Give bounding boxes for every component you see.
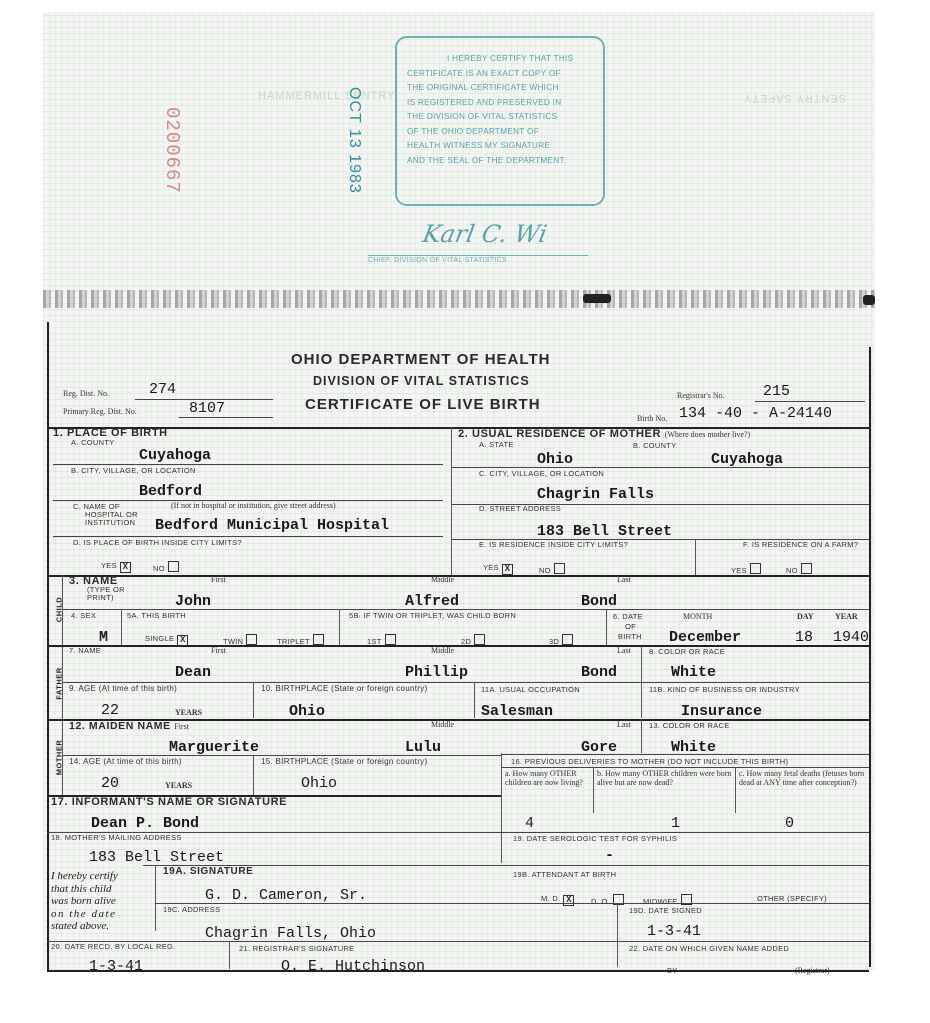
checkbox[interactable] — [750, 563, 761, 574]
first-label: First — [211, 646, 226, 655]
given-name-added-label: 22. DATE ON WHICH GIVEN NAME ADDED — [629, 944, 789, 953]
race-label: 8. COLOR OR RACE — [649, 647, 725, 656]
middle-label: Middle — [431, 720, 454, 729]
mother-age: 20 — [101, 775, 119, 792]
divider — [229, 941, 230, 969]
father-birthplace: Ohio — [289, 703, 325, 720]
divider — [253, 682, 254, 718]
hospital-note: (If not in hospital or institution, give… — [171, 501, 336, 510]
child-last-name: Bond — [581, 593, 617, 610]
divider — [47, 575, 869, 577]
occupation-label: 11a. USUAL OCCUPATION — [481, 685, 580, 694]
divider — [606, 609, 607, 645]
checkbox[interactable] — [801, 563, 812, 574]
residence-city-limits-label: e. IS RESIDENCE INSIDE CITY LIMITS? — [479, 540, 628, 549]
divider — [501, 767, 869, 768]
city-label: b. CITY, VILLAGE, OR LOCATION — [71, 466, 196, 475]
residence-state: Ohio — [537, 451, 573, 468]
hospital-label: INSTITUTION — [85, 518, 135, 527]
birth-inside-limits-yes[interactable]: YESX — [101, 561, 131, 573]
chief-signature: Karl C. Wi — [421, 220, 550, 248]
md-label: M. D. — [541, 894, 560, 903]
divider — [641, 719, 642, 753]
mother-middle-name: Lulu — [405, 739, 441, 756]
father-last-name: Bond — [581, 664, 617, 681]
divider — [63, 682, 869, 683]
mother-side-label: MOTHER — [55, 736, 64, 780]
stamp-line: THE ORIGINAL CERTIFICATE WHICH — [407, 81, 595, 96]
checkbox[interactable] — [474, 634, 485, 645]
month-label: MONTH — [683, 612, 712, 621]
divider — [695, 539, 696, 575]
deliveries-a-label: a. How many OTHER children are now livin… — [505, 769, 593, 787]
divider — [735, 767, 736, 813]
residence-county: Cuyahoga — [711, 451, 783, 468]
other-children-living: 4 — [525, 815, 534, 832]
mother-mailing-address: 183 Bell Street — [89, 849, 224, 866]
divider — [63, 755, 501, 756]
informant-label: 17. INFORMANT'S NAME OR SIGNATURE — [51, 796, 287, 808]
father-age-label: 9. AGE (At time of this birth) — [69, 684, 177, 693]
birth-county: Cuyahoga — [139, 447, 211, 464]
right-border — [869, 347, 871, 967]
registrar-no-label: Registrar's No. — [677, 391, 725, 400]
divider — [47, 645, 869, 647]
divider — [155, 865, 156, 931]
industry-label: 11b. KIND OF BUSINESS OR INDUSTRY — [649, 685, 800, 694]
stamp-line: AND THE SEAL OF THE DEPARTMENT. — [407, 154, 595, 169]
other-label: OTHER (Specify) — [757, 894, 827, 903]
checkbox-checked[interactable]: X — [502, 564, 513, 575]
twin-order-label: 5b. IF TWIN OR TRIPLET, WAS CHILD BORN — [349, 611, 516, 620]
birth-inside-limits-no[interactable]: NO — [153, 561, 179, 573]
primary-reg-value: 8107 — [189, 400, 225, 417]
father-name-label: 7. NAME — [69, 646, 101, 655]
divider — [339, 609, 340, 645]
mother-birthplace: Ohio — [301, 775, 337, 792]
checkbox-checked[interactable]: X — [120, 562, 131, 573]
yes-label: YES — [101, 561, 117, 570]
divider — [474, 682, 475, 718]
deliveries-title: 16. PREVIOUS DELIVERIES TO MOTHER (Do NO… — [511, 757, 788, 766]
checkbox[interactable] — [562, 634, 573, 645]
stamp-line: IS REGISTERED AND PRESERVED IN — [407, 96, 595, 111]
birth-no-label: Birth No. — [637, 414, 667, 423]
yes-label: YES — [731, 566, 747, 575]
divider — [617, 903, 618, 967]
sex-label: 4. SEX — [71, 611, 96, 620]
last-label: Last — [617, 646, 631, 655]
divider — [451, 427, 452, 575]
registrar-signature: O. E. Hutchinson — [281, 958, 425, 975]
county-label: b. COUNTY — [633, 441, 677, 450]
no-label: NO — [786, 566, 798, 575]
header-division: DIVISION OF VITAL STATISTICS — [313, 374, 530, 388]
state-label: a. STATE — [479, 440, 514, 449]
divider — [63, 609, 869, 610]
years-label: YEARS — [175, 708, 202, 717]
dob-label: BIRTH — [618, 632, 642, 641]
attendant-label: 19b. ATTENDANT AT BIRTH — [513, 870, 616, 879]
header-department: OHIO DEPARTMENT OF HEALTH — [291, 351, 550, 368]
birth-month: December — [669, 629, 741, 646]
mailing-address-label: 18. MOTHER'S MAILING ADDRESS — [51, 833, 182, 842]
birth-year: 1940 — [833, 629, 869, 646]
checkbox[interactable] — [385, 634, 396, 645]
checkbox[interactable] — [554, 563, 565, 574]
watermark-sentry-safety: SENTRY SAFETY — [743, 92, 846, 104]
stamp-line: THE DIVISION OF VITAL STATISTICS — [407, 110, 595, 125]
syphilis-test-label: 19. DATE SEROLOGIC TEST FOR SYPHILIS — [513, 834, 677, 843]
checkbox[interactable] — [246, 634, 257, 645]
other-option[interactable]: OTHER (Specify) — [757, 894, 827, 903]
stamp-line: OF THE OHIO DEPARTMENT OF — [407, 125, 595, 140]
signature-label: 19a. SIGNATURE — [163, 866, 253, 877]
torn-edge — [43, 290, 875, 308]
race-label: 13. COLOR OR RACE — [649, 721, 730, 730]
no-label: NO — [539, 566, 551, 575]
street-label: d. STREET ADDRESS — [479, 504, 561, 513]
checkbox[interactable] — [313, 634, 324, 645]
this-birth-label: 5a. THIS BIRTH — [127, 611, 186, 620]
attendant-signature: G. D. Cameron, Sr. — [205, 887, 367, 904]
birth-city: Bedford — [139, 483, 202, 500]
left-border — [47, 322, 49, 972]
no-label: NO — [153, 564, 165, 573]
divider — [452, 467, 869, 468]
father-occupation: Salesman — [481, 703, 553, 720]
farm-no[interactable]: NO — [786, 563, 812, 575]
father-side-label: FATHER — [55, 662, 64, 706]
underline — [755, 401, 865, 402]
do-option[interactable]: D. O. — [591, 894, 624, 906]
middle-label: Middle — [431, 646, 454, 655]
certification-stamp: I HEREBY CERTIFY THAT THIS CERTIFICATE I… — [395, 36, 605, 206]
mother-birthplace-label: 15. BIRTHPLACE (State or foreign country… — [261, 757, 427, 766]
city-label: c. CITY, VILLAGE, OR LOCATION — [479, 469, 604, 478]
header-title: CERTIFICATE OF LIVE BIRTH — [305, 396, 541, 413]
dob-label: OF — [625, 622, 636, 631]
checkbox[interactable] — [168, 561, 179, 572]
date-received-label: 20. DATE RECD. BY LOCAL REG. — [51, 942, 176, 951]
years-label: YEARS — [165, 781, 192, 790]
divider — [155, 903, 869, 904]
date-stamp: OCT 13 1983 — [345, 87, 363, 194]
ink-blot — [583, 294, 611, 303]
father-race: White — [671, 664, 716, 681]
md-option[interactable]: M. D.X — [541, 894, 574, 906]
reg-dist-label: Reg. Dist. No. — [63, 389, 109, 398]
serial-number: 0200667 — [161, 107, 183, 194]
reg-dist-value: 274 — [149, 381, 176, 398]
last-label: Last — [617, 575, 631, 584]
father-middle-name: Phillip — [405, 664, 468, 681]
divider — [53, 464, 443, 465]
middle-label: Middle — [431, 575, 454, 584]
syphilis-test-date: - — [605, 847, 614, 864]
ink-blot — [863, 295, 875, 305]
yes-label: YES — [483, 563, 499, 572]
last-label: Last — [617, 720, 631, 729]
farm-label: f. IS RESIDENCE ON A FARM? — [743, 540, 858, 549]
father-age: 22 — [101, 702, 119, 719]
divider — [501, 754, 869, 755]
year-label: YEAR — [835, 612, 858, 621]
registrar-no-value: 215 — [763, 383, 790, 400]
father-birthplace-label: 10. BIRTHPLACE (State or foreign country… — [261, 684, 427, 693]
deliveries-b-label: b. How many OTHER children were born ali… — [597, 769, 733, 787]
father-industry: Insurance — [681, 703, 762, 720]
do-label: D. O. — [591, 897, 610, 906]
address-label: 19c. ADDRESS — [163, 905, 220, 914]
certify-statement: I hereby certify that this child was bor… — [51, 870, 118, 933]
divider — [501, 753, 502, 863]
date-received: 1-3-41 — [89, 958, 143, 975]
mother-age-label: 14. AGE (At time of this birth) — [69, 757, 182, 766]
date-signed-label: 19d. DATE SIGNED — [629, 906, 702, 915]
child-middle-name: Alfred — [405, 593, 459, 610]
midwife-option[interactable]: MIDWIFE — [643, 894, 692, 906]
midwife-label: MIDWIFE — [643, 897, 678, 906]
birth-certificate-form: OHIO DEPARTMENT OF HEALTH DIVISION OF VI… — [43, 307, 875, 970]
stamp-line: I HEREBY CERTIFY THAT THIS — [407, 52, 595, 67]
birth-day: 18 — [795, 629, 813, 646]
day-label: DAY — [797, 612, 814, 621]
divider — [253, 755, 254, 795]
registrar-signature-label: 21. REGISTRAR'S SIGNATURE — [239, 944, 354, 953]
residence-inside-limits-yes[interactable]: YESX — [483, 563, 513, 575]
divider — [593, 767, 594, 813]
birth-no-value: 134 -40 - A-24140 — [679, 405, 832, 422]
informant-name: Dean P. Bond — [91, 815, 199, 832]
mother-first-name: Marguerite — [169, 739, 259, 756]
farm-yes[interactable]: YES — [731, 563, 761, 575]
other-children-dead: 1 — [671, 815, 680, 832]
watermark-hammermill: HAMMERMILL SENTRY — [258, 90, 395, 102]
signature-caption: CHIEF, DIVISION OF VITAL STATISTICS — [368, 255, 588, 264]
single-label: SINGLE — [145, 634, 174, 643]
child-sex: M — [99, 629, 108, 646]
divider — [121, 609, 122, 645]
city-limits-label: d. IS PLACE OF BIRTH INSIDE CITY LIMITS? — [73, 538, 242, 547]
residence-inside-limits-no[interactable]: NO — [539, 563, 565, 575]
primary-reg-label: Primary Reg. Dist. No. — [63, 407, 137, 416]
divider — [47, 970, 869, 972]
attendant-address: Chagrin Falls, Ohio — [205, 925, 376, 942]
underline — [179, 417, 273, 418]
mother-name-label: 12. MAIDEN NAME First — [69, 720, 189, 732]
child-name-sub: (TYPE OR PRINT) — [87, 586, 147, 602]
deliveries-c-label: c. How many fetal deaths (fetuses born d… — [739, 769, 867, 787]
stamp-line: CERTIFICATE IS AN EXACT COPY OF — [407, 67, 595, 82]
child-first-name: John — [175, 593, 211, 610]
county-label: a. COUNTY — [71, 438, 115, 447]
fetal-deaths: 0 — [785, 815, 794, 832]
certified-copy-area: HAMMERMILL SENTRY SENTRY SAFETY 0200667 … — [43, 12, 875, 297]
father-first-name: Dean — [175, 664, 211, 681]
residence-title: 2. USUAL RESIDENCE OF MOTHER (Where does… — [458, 428, 750, 440]
residence-street: 183 Bell Street — [537, 523, 672, 540]
stamp-line: HEALTH WITNESS MY SIGNATURE — [407, 139, 595, 154]
first-label: First — [211, 575, 226, 584]
date-signed: 1-3-41 — [647, 923, 701, 940]
checkbox-checked[interactable]: X — [563, 895, 574, 906]
hospital-name: Bedford Municipal Hospital — [155, 517, 389, 534]
certificate-paper: HAMMERMILL SENTRY SENTRY SAFETY 0200667 … — [43, 12, 875, 970]
divider — [53, 536, 443, 537]
residence-city: Chagrin Falls — [537, 486, 654, 503]
dob-label: 6. DATE — [613, 612, 643, 621]
